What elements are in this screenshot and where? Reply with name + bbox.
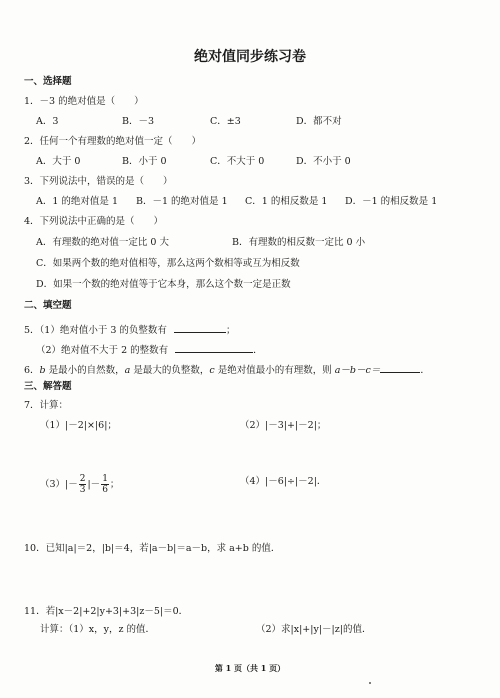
q11-part-2: （2）求|x|+|y|－|z|的值． <box>256 624 371 636</box>
q1-option-d: D．都不对 <box>296 116 342 128</box>
q6-text-3: 是绝对值最小的有理数，则 <box>215 365 335 376</box>
q2-option-d: D．不小于 0 <box>296 156 351 168</box>
question-5-part-2: （2）绝对值不大于 2 的整数有 ． <box>36 342 263 357</box>
q3-option-a: A．1 的绝对值是 1 <box>36 196 118 208</box>
q11-part-1: 计算：（1）x，y，z 的值． <box>40 624 155 636</box>
q7-part-3: （3）|－23|－16； <box>40 474 119 495</box>
q3-option-b: B．－1 的绝对值是 1 <box>136 196 228 208</box>
fraction-two-thirds: 23 <box>79 474 87 495</box>
q5-part1-end: ； <box>226 325 236 336</box>
q1-option-c: C．±3 <box>210 116 241 128</box>
q7-p3-prefix: （3）|－ <box>40 479 78 490</box>
q6-end: ． <box>420 365 430 376</box>
q2-option-a: A．大于 0 <box>36 156 80 168</box>
q1-option-a: A．3 <box>36 116 58 128</box>
q6-blank <box>380 362 420 373</box>
q4-option-b: B．有理数的相反数一定比 0 小 <box>232 237 365 249</box>
q4-option-a: A．有理数的绝对值一定比 0 大 <box>36 237 169 249</box>
question-5-part-1: 5．（1）绝对值小于 3 的负整数有 ； <box>24 322 235 337</box>
q4-option-d: D．如果一个数的绝对值等于它本身，那么这个数一定是正数 <box>36 279 291 291</box>
question-11-stem: 11．若|x－2|+2|y+3|+3|z－5|＝0． <box>24 606 188 618</box>
q7-part-2: （2）|－3|+|－2|； <box>240 420 326 432</box>
q4-option-c: C．如果两个数的绝对值相等，那么这两个数相等或互为相反数 <box>36 258 300 270</box>
question-7-stem: 7．计算： <box>24 400 68 412</box>
q5-part2-text: （2）绝对值不大于 2 的整数有 <box>36 345 168 356</box>
section-heading-choice: 一、选择题 <box>24 76 72 88</box>
q6-text-2: 是最大的负整数， <box>130 365 209 376</box>
q5-part1-blank <box>174 322 226 333</box>
fraction-one-sixth: 16 <box>101 474 109 495</box>
q5-part2-blank <box>175 342 253 353</box>
page-title: 绝对值同步练习卷 <box>0 48 500 66</box>
question-2-stem: 2．任何一个有理数的绝对值一定（ ） <box>24 136 201 148</box>
q2-option-b: B．小于 0 <box>122 156 167 168</box>
page-footer: 第 1 页（共 1 页） <box>0 662 500 674</box>
section-heading-fill: 二、填空题 <box>24 300 72 312</box>
q5-part1-text: 5．（1）绝对值小于 3 的负整数有 <box>24 325 167 336</box>
q6-expression: a－b－c＝ <box>335 365 381 376</box>
q3-option-c: C．1 的相反数是 1 <box>245 196 327 208</box>
q6-number: 6． <box>24 365 40 376</box>
q7-part-4: （4）|－6|÷|－2|． <box>240 476 326 488</box>
q5-part2-end: ． <box>253 345 263 356</box>
q7-part-1: （1）|－2|×|6|； <box>40 420 117 432</box>
question-4-stem: 4．下列说法中正确的是（ ） <box>24 216 163 228</box>
question-1-stem: 1．－3 的绝对值是（ ） <box>24 96 144 108</box>
scan-speck <box>369 682 371 684</box>
question-6: 6．b 是最小的自然数，a 是最大的负整数，c 是绝对值最小的有理数，则 a－b… <box>24 362 430 377</box>
q6-text-1: 是最小的自然数， <box>46 365 125 376</box>
question-3-stem: 3．下列说法中，错误的是（ ） <box>24 176 173 188</box>
q2-option-c: C．不大于 0 <box>210 156 264 168</box>
question-10: 10．已知|a|＝2，|b|＝4，若|a－b|＝a－b，求 a+b 的值． <box>24 543 280 555</box>
q3-option-d: D．－1 的相反数是 1 <box>345 196 437 208</box>
section-heading-solve: 三、解答题 <box>24 381 72 393</box>
q7-p3-mid: |－ <box>87 479 100 490</box>
q7-p3-end: ； <box>110 479 120 490</box>
q1-option-b: B．－3 <box>122 116 154 128</box>
